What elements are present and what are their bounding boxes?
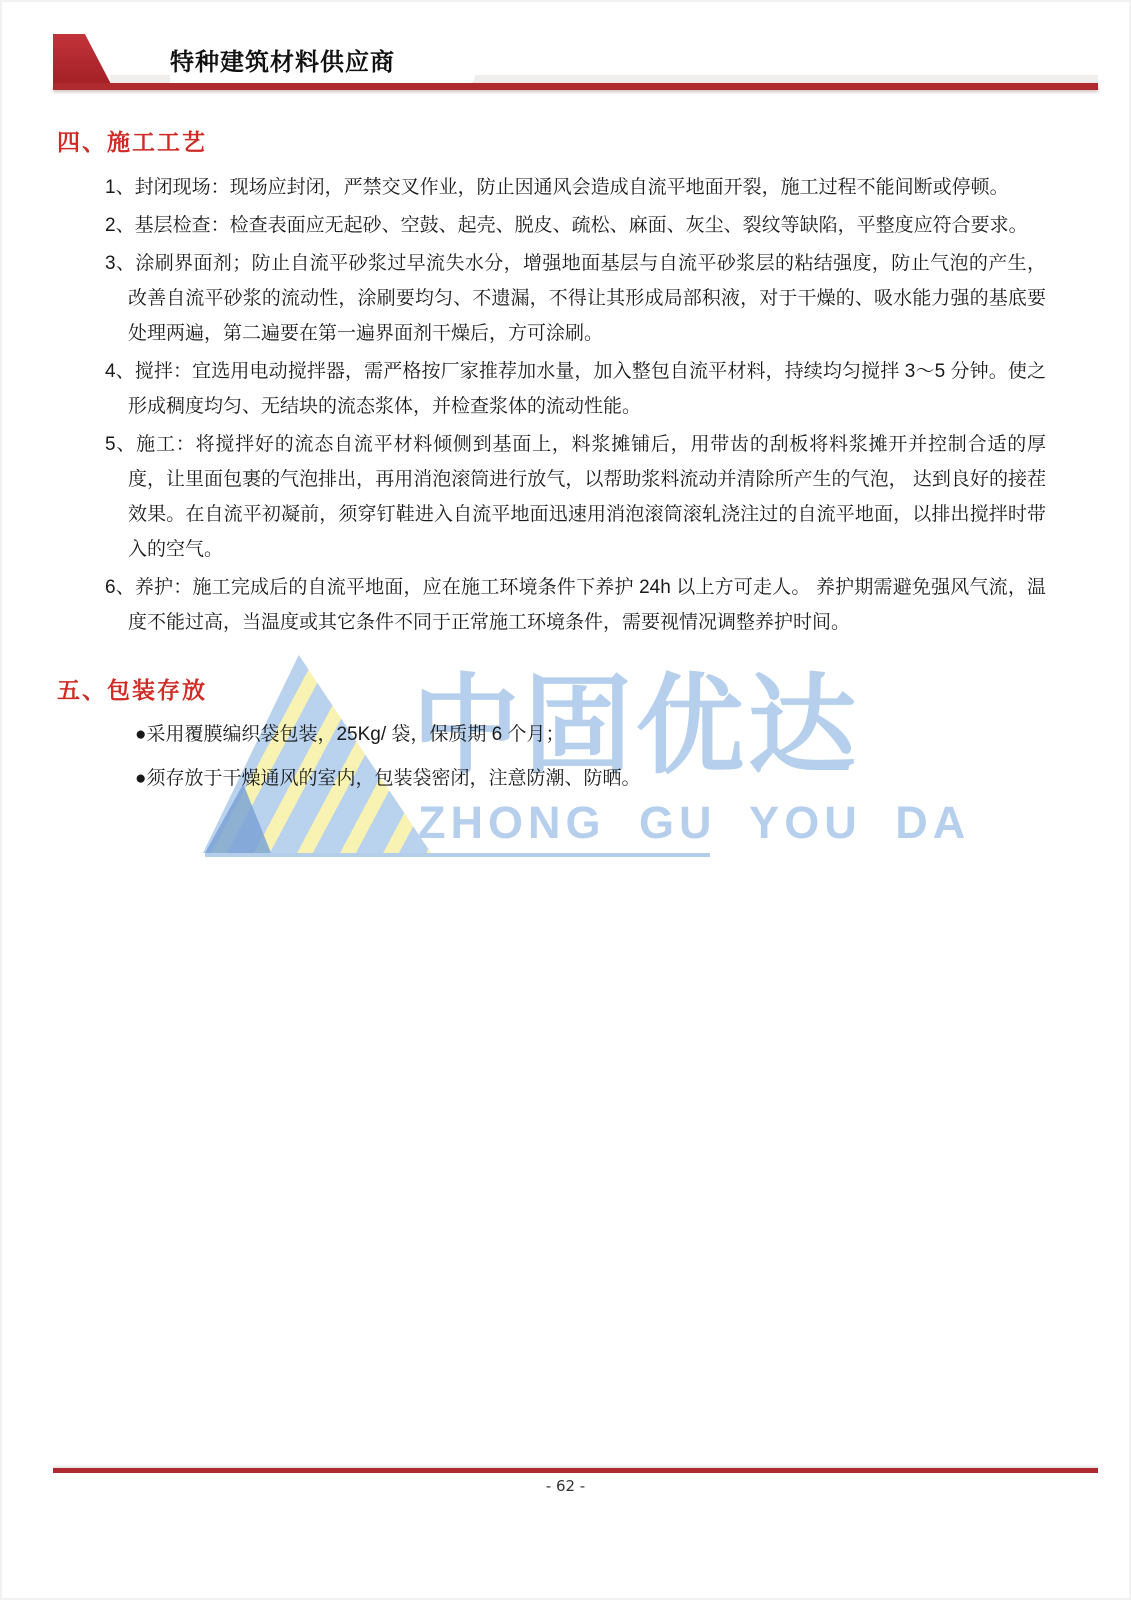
construction-step-2: 2、基层检查：检查表面应无起砂、空鼓、起壳、脱皮、疏松、麻面、灰尘、裂纹等缺陷，… [128, 208, 1046, 243]
watermark-underline [205, 853, 710, 857]
construction-step-4: 4、搅拌：宜选用电动搅拌器，需严格按厂家推荐加水量，加入整包自流平材料，持续均匀… [128, 354, 1046, 424]
construction-step-5: 5、施工：将搅拌好的流态自流平材料倾侧到基面上，料浆摊铺后，用带齿的刮板将料浆摊… [128, 427, 1046, 567]
packaging-bullet-1: ●采用覆膜编织袋包装，25Kg/ 袋，保质期 6 个月； [135, 721, 1046, 748]
packaging-section-heading: 五、包装存放 [57, 676, 1131, 704]
section-construction-process: 四、施工工艺 1、封闭现场：现场应封闭，严禁交叉作业，防止因通风会造成自流平地面… [0, 128, 1131, 643]
construction-step-6: 6、养护：施工完成后的自流平地面，应在施工环境条件下养护 24h 以上方可走人。… [128, 570, 1046, 640]
section-packaging-storage: 五、包装存放 ●采用覆膜编织袋包装，25Kg/ 袋，保质期 6 个月； ●须存放… [0, 676, 1131, 792]
construction-step-3: 3、涂刷界面剂；防止自流平砂浆过早流失水分，增强地面基层与自流平砂浆层的粘结强度… [128, 246, 1046, 351]
watermark-brand-pinyin: ZHONG GU YOU DA [418, 800, 878, 845]
construction-section-heading: 四、施工工艺 [57, 128, 1131, 156]
footer-rule [53, 1468, 1098, 1473]
page-title: 特种建筑材料供应商 [170, 42, 395, 77]
document-page: 中固优达 ZHONG GU YOU DA 特种建筑材料供应商 四、施工工艺 1、… [0, 0, 1131, 1600]
page-number: - 62 - [0, 1477, 1131, 1495]
header-rule [53, 83, 1098, 90]
packaging-bullet-2: ●须存放于干燥通风的室内，包装袋密闭，注意防潮、防晒。 [135, 765, 1046, 792]
construction-step-1: 1、封闭现场：现场应封闭，严禁交叉作业，防止因通风会造成自流平地面开裂，施工过程… [128, 170, 1046, 205]
